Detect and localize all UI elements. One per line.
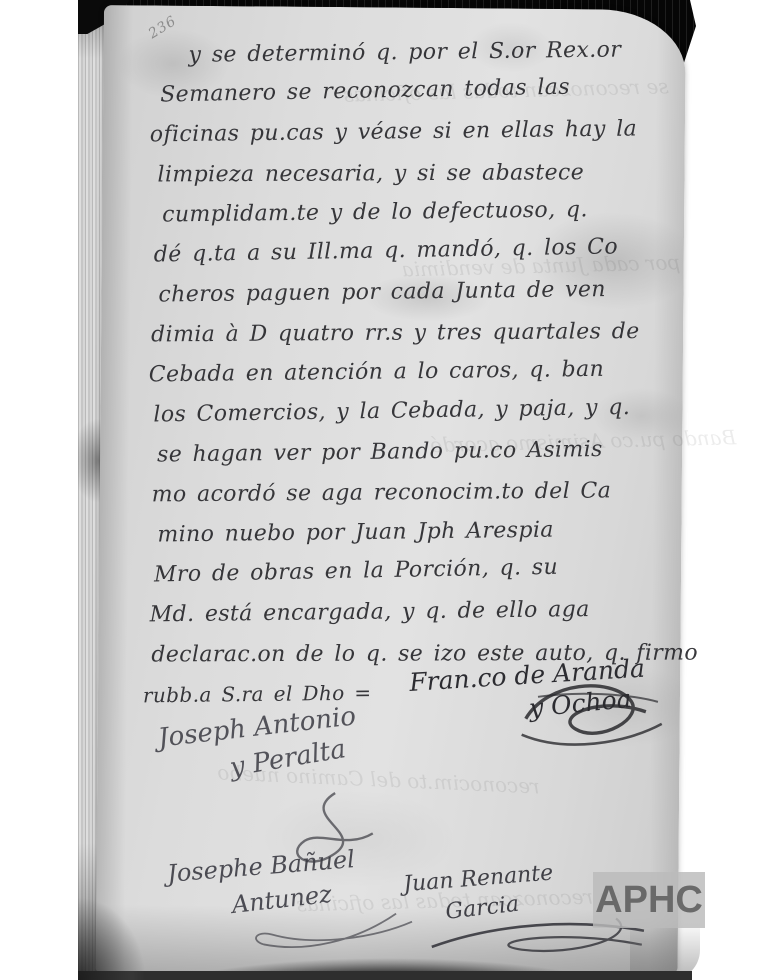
manuscript-text-block: y se determinó q. por el S.or Rex.or Sem… (153, 35, 664, 719)
signature-name: Antunez (230, 877, 358, 919)
manuscript-line: cheros paguen por cada Junta de ven (158, 269, 661, 315)
manuscript-line: Semanero se reconozcan todas las (160, 66, 664, 116)
manuscript-line: Mro de obras en la Porción, q. su (154, 546, 660, 596)
manuscript-line: mo acordó se aga reconocim.to del Ca (152, 471, 660, 515)
manuscript-line: dé q.ta a su Ill.ma q. mandó, q. los Co (153, 227, 662, 276)
manuscript-line: los Comercios, y la Cebada, y paja, y q. (153, 387, 661, 435)
manuscript-line: Md. está encargada, y q. de ello aga (149, 589, 658, 635)
book-bottom-left-shadow (78, 870, 158, 980)
manuscript-page: 236 se reconozcan todas las oficinas por… (96, 5, 686, 977)
manuscript-photo: 236 se reconozcan todas las oficinas por… (0, 0, 757, 980)
archive-watermark-label: APHC (595, 879, 703, 922)
signature-name: Garcia (444, 888, 556, 925)
signature-juan-renante-garcia: Juan Renante Garcia (402, 861, 556, 927)
manuscript-line: limpieza necesaria, y si se abastece (157, 153, 662, 196)
signature-josephe-banuel: Josephe Bañuel Antunez (166, 845, 358, 922)
manuscript-line: oficinas pu.cas y véase si en ellas hay … (150, 109, 663, 155)
archive-watermark: APHC (593, 872, 705, 928)
manuscript-line: dimia à D quatro rr.s y tres quartales d… (151, 312, 661, 356)
photo-bottom-dark-band (78, 971, 692, 980)
manuscript-line: se hagan ver por Bando pu.co Asimis (157, 429, 660, 475)
book-photo-area: 236 se reconozcan todas las oficinas por… (78, 0, 700, 980)
